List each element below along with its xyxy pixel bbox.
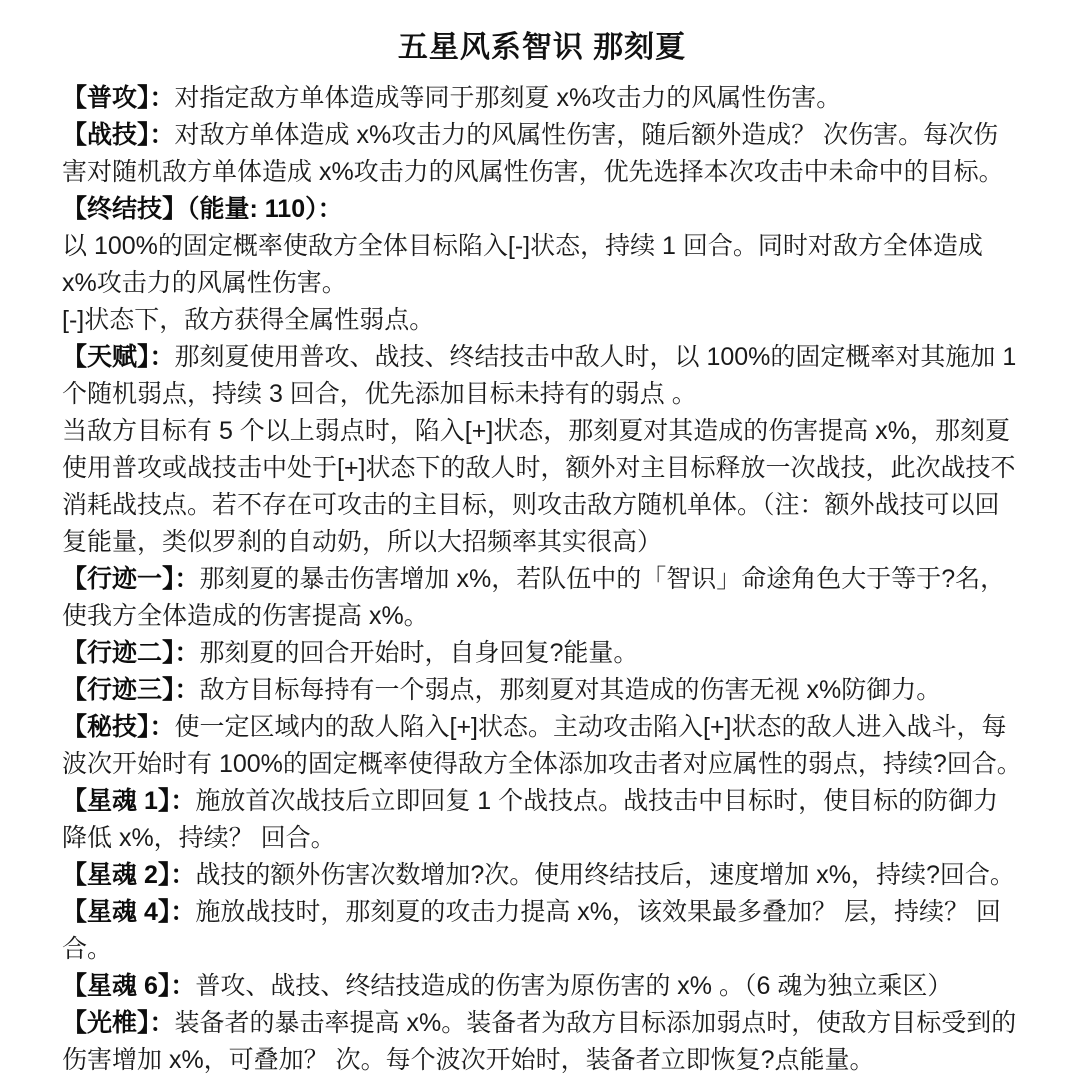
skill-section-header: 【秘技】： xyxy=(62,713,175,741)
skill-paragraph: 当敌方目标有 5 个以上弱点时，陷入[+]状态，那刻夏对其造成的伤害提高 x%，… xyxy=(62,413,1022,561)
skill-paragraph: 以 100%的固定概率使敌方全体目标陷入[-]状态，持续 1 回合。同时对敌方全… xyxy=(62,228,1022,302)
skill-paragraph: 【星魂 4】：施放战技时，那刻夏的攻击力提高 x%，该效果最多叠加？ 层，持续？… xyxy=(62,894,1022,968)
skill-paragraph: 【天赋】：那刻夏使用普攻、战技、终结技击中敌人时，以 100%的固定概率对其施加… xyxy=(62,339,1022,413)
skill-section-header: 【终结技】（能量: 110）： xyxy=(62,195,343,223)
skill-paragraph: 【星魂 1】：施放首次战技后立即回复 1 个战技点。战技击中目标时，使目标的防御… xyxy=(62,783,1022,857)
skill-paragraph: 【行迹二】：那刻夏的回合开始时，自身回复?能量。 xyxy=(62,635,1022,672)
skill-text: 普攻、战技、终结技造成的伤害为原伤害的 x% 。（6 魂为独立乘区） xyxy=(195,972,952,1000)
skill-paragraph: 【终结技】（能量: 110）： xyxy=(62,191,1022,228)
skill-section-header: 【光椎】： xyxy=(62,1009,175,1037)
skill-text: 战技的额外伤害次数增加?次。使用终结技后，速度增加 x%，持续?回合。 xyxy=(195,861,1015,889)
skill-paragraph: 【星魂 6】：普攻、战技、终结技造成的伤害为原伤害的 x% 。（6 魂为独立乘区… xyxy=(62,968,1022,1005)
character-kit-document: 五星风系智识 那刻夏 【普攻】：对指定敌方单体造成等同于那刻夏 x%攻击力的风属… xyxy=(0,0,1080,1078)
skill-paragraph: [-]状态下，敌方获得全属性弱点。 xyxy=(62,302,1022,339)
skill-text: 对敌方单体造成 x%攻击力的风属性伤害，随后额外造成？ 次伤害。每次伤害对随机敌… xyxy=(62,121,1004,186)
skill-section-header: 【星魂 2】： xyxy=(62,861,195,889)
skill-section-header: 【星魂 6】： xyxy=(62,972,195,1000)
skill-text: 那刻夏的回合开始时，自身回复?能量。 xyxy=(200,639,639,667)
page-title: 五星风系智识 那刻夏 xyxy=(62,30,1022,66)
skill-text: 当敌方目标有 5 个以上弱点时，陷入[+]状态，那刻夏对其造成的伤害提高 x%，… xyxy=(62,417,1016,556)
skill-section-header: 【星魂 1】： xyxy=(62,787,195,815)
skill-paragraph: 【光椎】：装备者的暴击率提高 x%。装备者为敌方目标添加弱点时，使敌方目标受到的… xyxy=(62,1005,1022,1078)
skill-text: 那刻夏使用普攻、战技、终结技击中敌人时，以 100%的固定概率对其施加 1 个随… xyxy=(62,343,1016,408)
skill-text: 装备者的暴击率提高 x%。装备者为敌方目标添加弱点时，使敌方目标受到的伤害增加 … xyxy=(62,1009,1016,1074)
skill-text: 施放首次战技后立即回复 1 个战技点。战技击中目标时，使目标的防御力降低 x%，… xyxy=(62,787,998,852)
skill-text: 使一定区域内的敌人陷入[+]状态。主动攻击陷入[+]状态的敌人进入战斗，每波次开… xyxy=(62,713,1022,778)
skill-paragraph: 【行迹三】：敌方目标每持有一个弱点，那刻夏对其造成的伤害无视 x%防御力。 xyxy=(62,672,1022,709)
skill-paragraph: 【行迹一】：那刻夏的暴击伤害增加 x%，若队伍中的「智识」命途角色大于等于?名，… xyxy=(62,561,1022,635)
skill-paragraph: 【战技】：对敌方单体造成 x%攻击力的风属性伤害，随后额外造成？ 次伤害。每次伤… xyxy=(62,117,1022,191)
skill-section-header: 【天赋】： xyxy=(62,343,175,371)
skill-text: 对指定敌方单体造成等同于那刻夏 x%攻击力的风属性伤害。 xyxy=(175,84,842,112)
skill-text: [-]状态下，敌方获得全属性弱点。 xyxy=(62,306,434,334)
skill-paragraph: 【秘技】：使一定区域内的敌人陷入[+]状态。主动攻击陷入[+]状态的敌人进入战斗… xyxy=(62,709,1022,783)
skill-section-header: 【普攻】： xyxy=(62,84,175,112)
skill-text: 那刻夏的暴击伤害增加 x%，若队伍中的「智识」命途角色大于等于?名，使我方全体造… xyxy=(62,565,1005,630)
skill-paragraph: 【星魂 2】：战技的额外伤害次数增加?次。使用终结技后，速度增加 x%，持续?回… xyxy=(62,857,1022,894)
skill-text: 施放战技时，那刻夏的攻击力提高 x%，该效果最多叠加？ 层，持续？ 回合。 xyxy=(62,898,1001,963)
skill-section-header: 【行迹一】： xyxy=(62,565,200,593)
skill-section-header: 【行迹二】： xyxy=(62,639,200,667)
skill-text: 敌方目标每持有一个弱点，那刻夏对其造成的伤害无视 x%防御力。 xyxy=(200,676,942,704)
skill-section-header: 【星魂 4】： xyxy=(62,898,195,926)
skill-section-header: 【战技】： xyxy=(62,121,175,149)
skill-description-list: 【普攻】：对指定敌方单体造成等同于那刻夏 x%攻击力的风属性伤害。【战技】：对敌… xyxy=(62,80,1022,1078)
skill-section-header: 【行迹三】： xyxy=(62,676,200,704)
skill-paragraph: 【普攻】：对指定敌方单体造成等同于那刻夏 x%攻击力的风属性伤害。 xyxy=(62,80,1022,117)
skill-text: 以 100%的固定概率使敌方全体目标陷入[-]状态，持续 1 回合。同时对敌方全… xyxy=(62,232,983,297)
